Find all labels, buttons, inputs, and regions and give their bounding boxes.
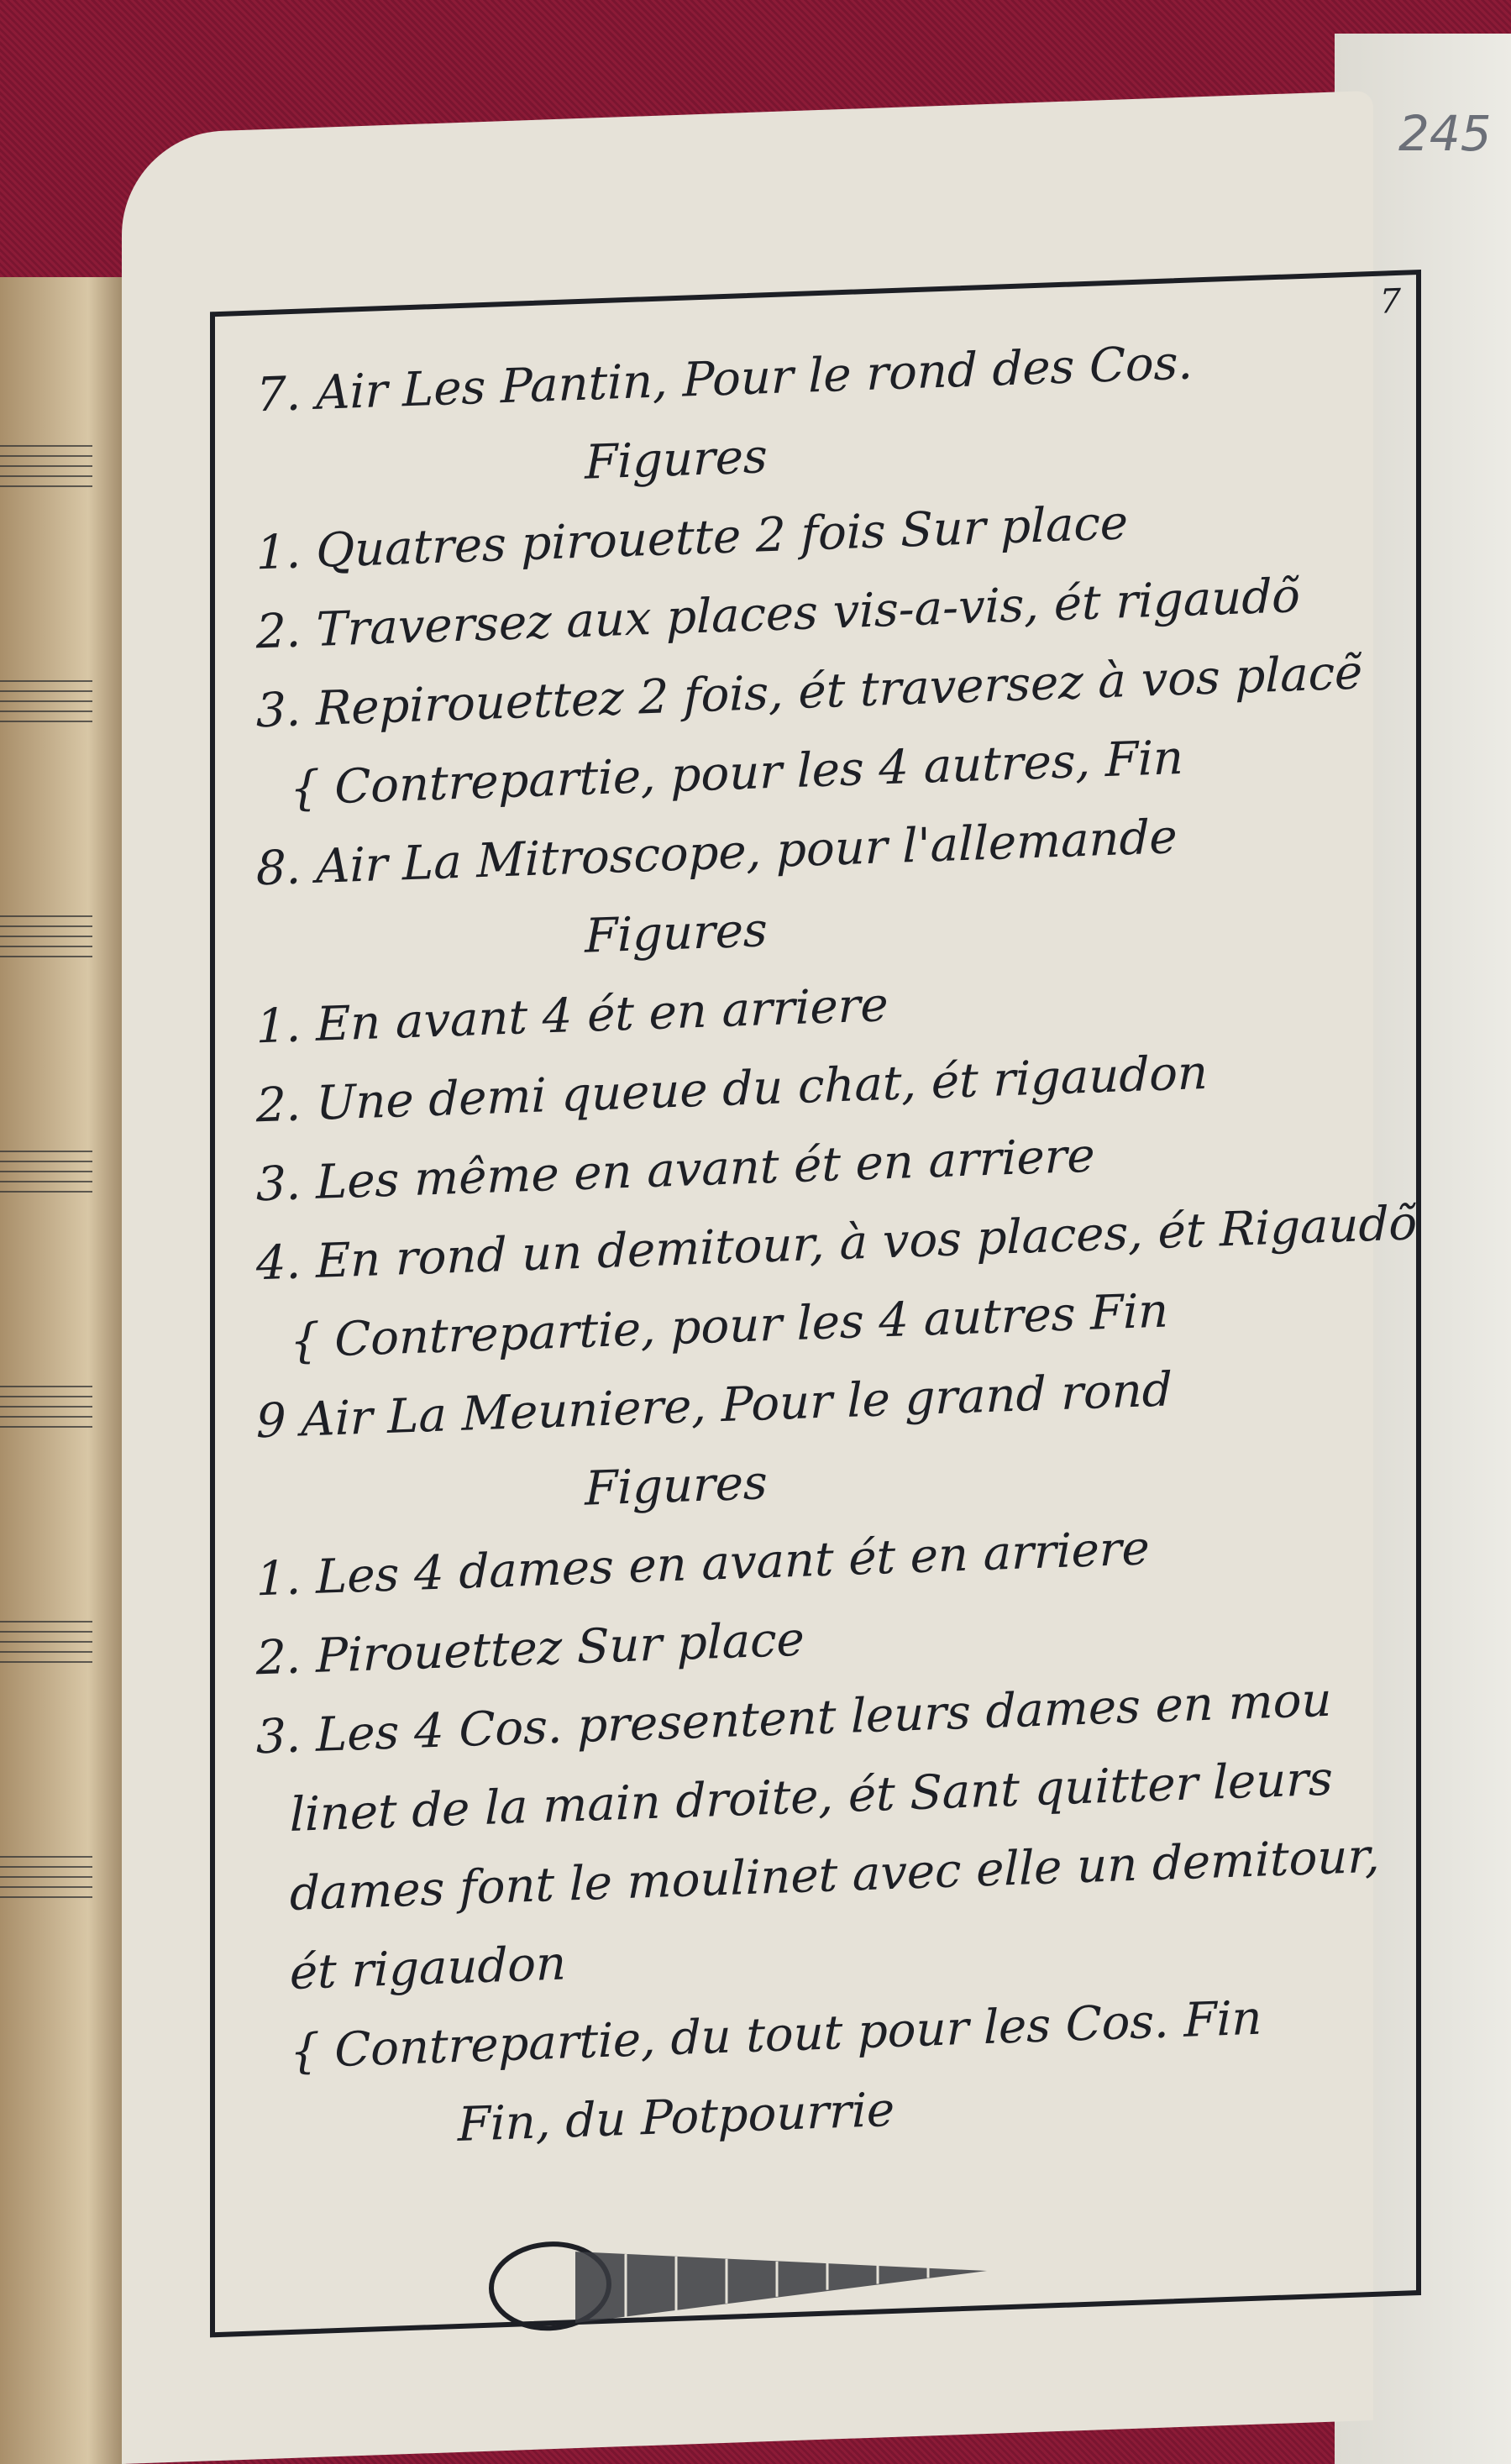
shell-ornament-icon <box>483 2203 1004 2356</box>
facing-music-page <box>0 277 126 2464</box>
music-staff <box>0 1386 92 1436</box>
music-staff <box>0 1621 92 1671</box>
music-staff <box>0 445 92 495</box>
music-staff <box>0 1856 92 1906</box>
music-staff <box>0 680 92 731</box>
music-staff <box>0 915 92 966</box>
music-staff <box>0 1151 92 1201</box>
folio-number: 7 <box>1380 282 1401 322</box>
handwritten-page-number: 245 <box>1398 105 1492 162</box>
page-text: 7. Air Les Pantin, Pour le rond des Cos.… <box>256 317 1390 2172</box>
book-page: 7 7. Air Les Pantin, Pour le rond des Co… <box>122 91 1373 2464</box>
